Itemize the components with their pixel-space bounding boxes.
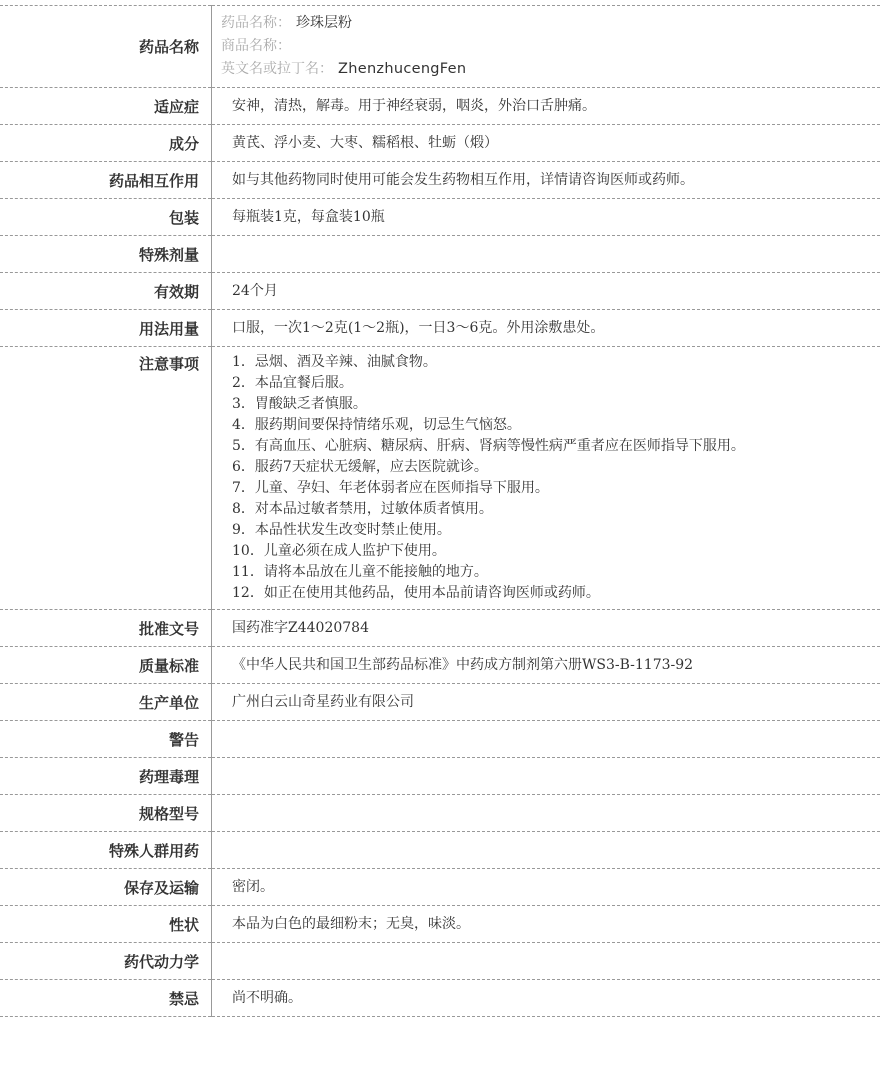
- table-row: 药理毒理: [0, 758, 880, 795]
- row-value: 每瓶装1克，每盒装10瓶: [212, 199, 880, 236]
- table-row: 生产单位广州白云山奇星药业有限公司: [0, 684, 880, 721]
- table-row: 禁忌尚不明确。: [0, 980, 880, 1017]
- name-line: 英文名或拉丁名：ZhenzhucengFen: [221, 58, 870, 81]
- table-row: 警告: [0, 721, 880, 758]
- notice-item: 4．服药期间要保持情绪乐观，切忌生气恼怒。: [232, 415, 870, 436]
- row-label: 警告: [0, 721, 212, 758]
- field-key-label: 商品名称：: [221, 38, 291, 54]
- table-row: 药品相互作用如与其他药物同时使用可能会发生药物相互作用，详情请咨询医师或药师。: [0, 162, 880, 199]
- drug-info-table: 药品名称药品名称：珍珠层粉商品名称：英文名或拉丁名：ZhenzhucengFen…: [0, 5, 880, 1017]
- row-label: 适应症: [0, 88, 212, 125]
- row-value: [212, 795, 880, 832]
- row-value: 本品为白色的最细粉末；无臭，味淡。: [212, 906, 880, 943]
- row-value: 国药准字Z44020784: [212, 610, 880, 647]
- notice-item: 3．胃酸缺乏者慎服。: [232, 394, 870, 415]
- table-body: 药品名称药品名称：珍珠层粉商品名称：英文名或拉丁名：ZhenzhucengFen…: [0, 6, 880, 1017]
- row-value: [212, 236, 880, 273]
- row-label: 禁忌: [0, 980, 212, 1017]
- table-row: 保存及运输密闭。: [0, 869, 880, 906]
- row-value: 《中华人民共和国卫生部药品标准》中药成方制剂第六册WS3-B-1173-92: [212, 647, 880, 684]
- table-row: 适应症安神，清热，解毒。用于神经衰弱，咽炎，外治口舌肿痛。: [0, 88, 880, 125]
- row-value: 尚不明确。: [212, 980, 880, 1017]
- notice-item: 9．本品性状发生改变时禁止使用。: [232, 520, 870, 541]
- field-key-label: 英文名或拉丁名：: [221, 61, 333, 77]
- table-row: 质量标准《中华人民共和国卫生部药品标准》中药成方制剂第六册WS3-B-1173-…: [0, 647, 880, 684]
- notice-item: 12．如正在使用其他药品，使用本品前请咨询医师或药师。: [232, 583, 870, 604]
- row-value: 如与其他药物同时使用可能会发生药物相互作用，详情请咨询医师或药师。: [212, 162, 880, 199]
- table-row: 特殊剂量: [0, 236, 880, 273]
- name-line: 药品名称：珍珠层粉: [221, 12, 870, 35]
- row-label: 药代动力学: [0, 943, 212, 980]
- row-label: 保存及运输: [0, 869, 212, 906]
- row-value: 安神，清热，解毒。用于神经衰弱，咽炎，外治口舌肿痛。: [212, 88, 880, 125]
- row-label: 成分: [0, 125, 212, 162]
- row-value: [212, 832, 880, 869]
- notice-item: 1．忌烟、酒及辛辣、油腻食物。: [232, 352, 870, 373]
- table-row: 注意事项1．忌烟、酒及辛辣、油腻食物。2．本品宜餐后服。3．胃酸缺乏者慎服。4．…: [0, 347, 880, 610]
- row-value: [212, 943, 880, 980]
- notice-item: 5．有高血压、心脏病、糖尿病、肝病、肾病等慢性病严重者应在医师指导下服用。: [232, 436, 870, 457]
- row-value: 密闭。: [212, 869, 880, 906]
- table-row: 药品名称药品名称：珍珠层粉商品名称：英文名或拉丁名：ZhenzhucengFen: [0, 6, 880, 88]
- notice-item: 7．儿童、孕妇、年老体弱者应在医师指导下服用。: [232, 478, 870, 499]
- table-row: 性状本品为白色的最细粉末；无臭，味淡。: [0, 906, 880, 943]
- table-row: 药代动力学: [0, 943, 880, 980]
- row-label: 规格型号: [0, 795, 212, 832]
- table-row: 成分黄芪、浮小麦、大枣、糯稻根、牡蛎（煅）: [0, 125, 880, 162]
- row-label: 有效期: [0, 273, 212, 310]
- notice-item: 10．儿童必须在成人监护下使用。: [232, 541, 870, 562]
- row-value: [212, 758, 880, 795]
- name-line: 商品名称：: [221, 35, 870, 58]
- table-row: 有效期24个月: [0, 273, 880, 310]
- field-key-label: 药品名称：: [221, 15, 291, 31]
- row-label: 药品名称: [0, 6, 212, 88]
- table-row: 特殊人群用药: [0, 832, 880, 869]
- table-row: 用法用量口服，一次1～2克(1～2瓶)，一日3～6克。外用涂敷患处。: [0, 310, 880, 347]
- notice-item: 11．请将本品放在儿童不能接触的地方。: [232, 562, 870, 583]
- field-value: 珍珠层粉: [296, 15, 352, 31]
- row-value: 药品名称：珍珠层粉商品名称：英文名或拉丁名：ZhenzhucengFen: [212, 6, 880, 88]
- row-label: 性状: [0, 906, 212, 943]
- row-label: 包装: [0, 199, 212, 236]
- row-value: 1．忌烟、酒及辛辣、油腻食物。2．本品宜餐后服。3．胃酸缺乏者慎服。4．服药期间…: [212, 347, 880, 610]
- notice-item: 2．本品宜餐后服。: [232, 373, 870, 394]
- notice-item: 6．服药7天症状无缓解，应去医院就诊。: [232, 457, 870, 478]
- row-value: 口服，一次1～2克(1～2瓶)，一日3～6克。外用涂敷患处。: [212, 310, 880, 347]
- row-value: 24个月: [212, 273, 880, 310]
- field-value: ZhenzhucengFen: [338, 61, 466, 77]
- row-value: 广州白云山奇星药业有限公司: [212, 684, 880, 721]
- row-label: 生产单位: [0, 684, 212, 721]
- row-label: 药品相互作用: [0, 162, 212, 199]
- row-label: 特殊人群用药: [0, 832, 212, 869]
- table-row: 包装每瓶装1克，每盒装10瓶: [0, 199, 880, 236]
- notice-item: 8．对本品过敏者禁用，过敏体质者慎用。: [232, 499, 870, 520]
- row-label: 注意事项: [0, 347, 212, 610]
- row-label: 质量标准: [0, 647, 212, 684]
- row-label: 特殊剂量: [0, 236, 212, 273]
- row-label: 用法用量: [0, 310, 212, 347]
- row-label: 批准文号: [0, 610, 212, 647]
- row-value: [212, 721, 880, 758]
- row-value: 黄芪、浮小麦、大枣、糯稻根、牡蛎（煅）: [212, 125, 880, 162]
- table-row: 批准文号国药准字Z44020784: [0, 610, 880, 647]
- table-row: 规格型号: [0, 795, 880, 832]
- row-label: 药理毒理: [0, 758, 212, 795]
